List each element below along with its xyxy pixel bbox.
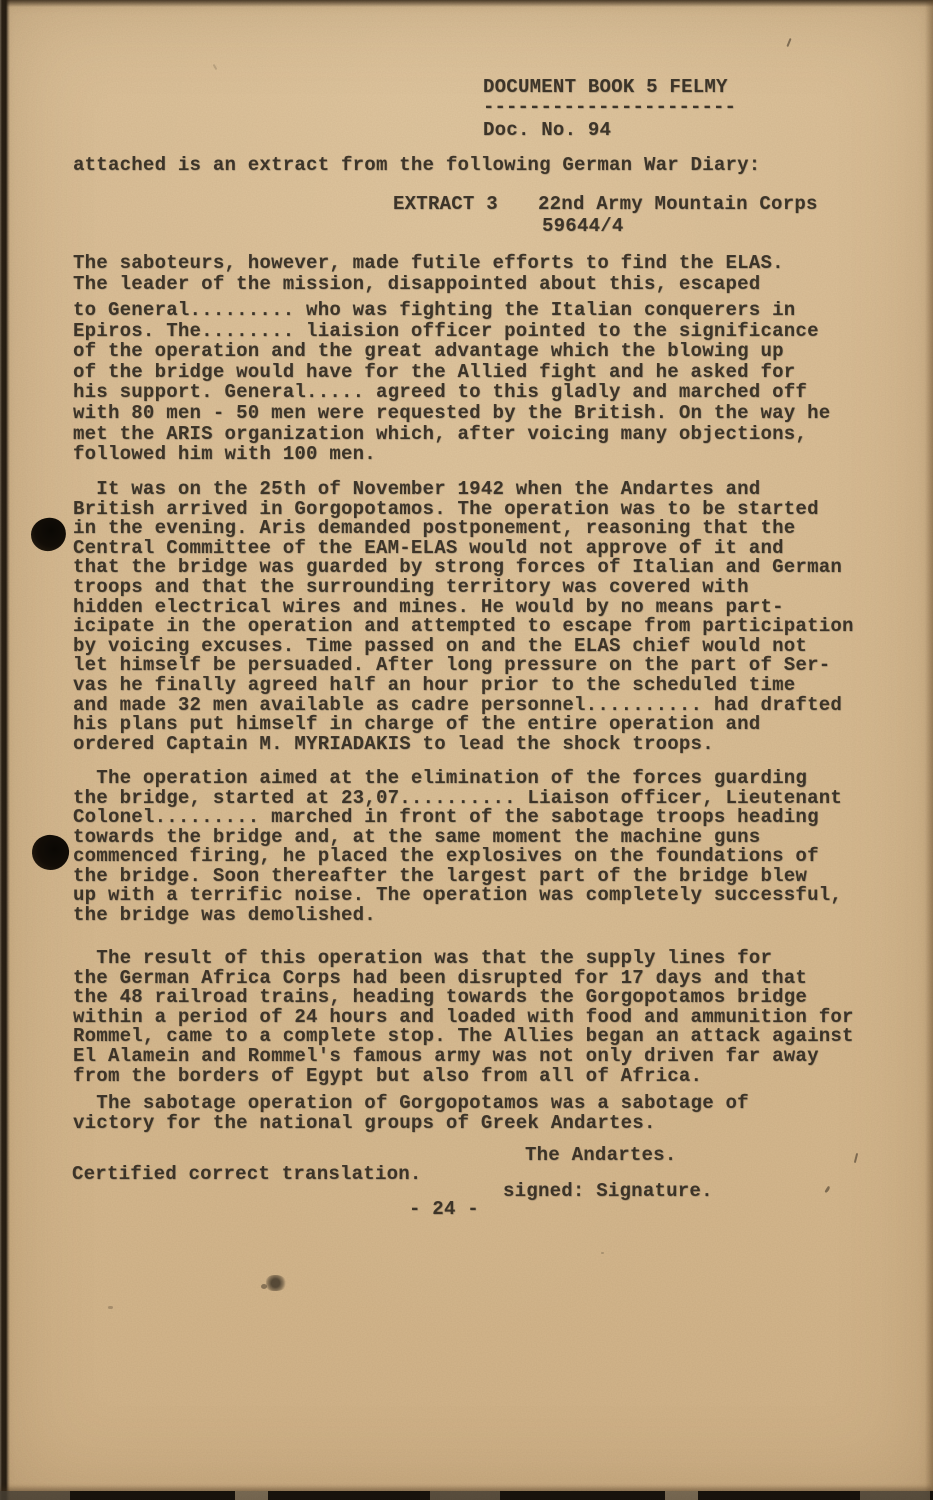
paper-speck — [601, 1252, 604, 1254]
scan-edge-left — [0, 0, 10, 1500]
paper-speck — [108, 1306, 113, 1309]
scan-edge-bottom — [0, 1491, 933, 1500]
paragraph-1-part-2: to General......... who was fighting the… — [73, 300, 830, 465]
certification-line: Certified correct translation. — [72, 1164, 422, 1185]
paper-speck — [213, 64, 218, 70]
page-number: - 24 - — [409, 1199, 479, 1220]
stray-mark — [824, 1186, 830, 1194]
punch-hole-top — [28, 515, 69, 555]
scan-edge-top — [0, 0, 933, 7]
paragraph-2: It was on the 25th of November 1942 when… — [73, 480, 854, 754]
punch-hole-bottom — [30, 833, 72, 873]
scan-edge-right — [925, 0, 933, 1500]
signature-line: signed: Signature. — [503, 1181, 713, 1202]
extract-reference-number: 59644/4 — [542, 216, 624, 237]
stray-mark — [786, 38, 791, 47]
attribution-line: The Andartes. — [525, 1145, 676, 1166]
document-number: Doc. No. 94 — [483, 120, 611, 141]
extract-heading: EXTRACT 3 — [393, 194, 498, 215]
paragraph-1-part-1: The saboteurs, however, made futile effo… — [73, 253, 784, 294]
extract-unit: 22nd Army Mountain Corps — [538, 194, 818, 215]
paragraph-4: The result of this operation was that th… — [73, 949, 854, 1086]
document-book-title: DOCUMENT BOOK 5 FELMY — [483, 77, 728, 98]
scanned-document-page: DOCUMENT BOOK 5 FELMY ------------------… — [0, 0, 933, 1500]
intro-line: attached is an extract from the followin… — [73, 155, 760, 176]
paragraph-5: The sabotage operation of Gorgopotamos w… — [73, 1093, 749, 1133]
stray-mark — [854, 1153, 858, 1163]
paragraph-3: The operation aimed at the elimination o… — [73, 769, 842, 925]
title-dashed-underline: ---------------------- — [483, 97, 736, 118]
ink-blot — [266, 1275, 287, 1291]
